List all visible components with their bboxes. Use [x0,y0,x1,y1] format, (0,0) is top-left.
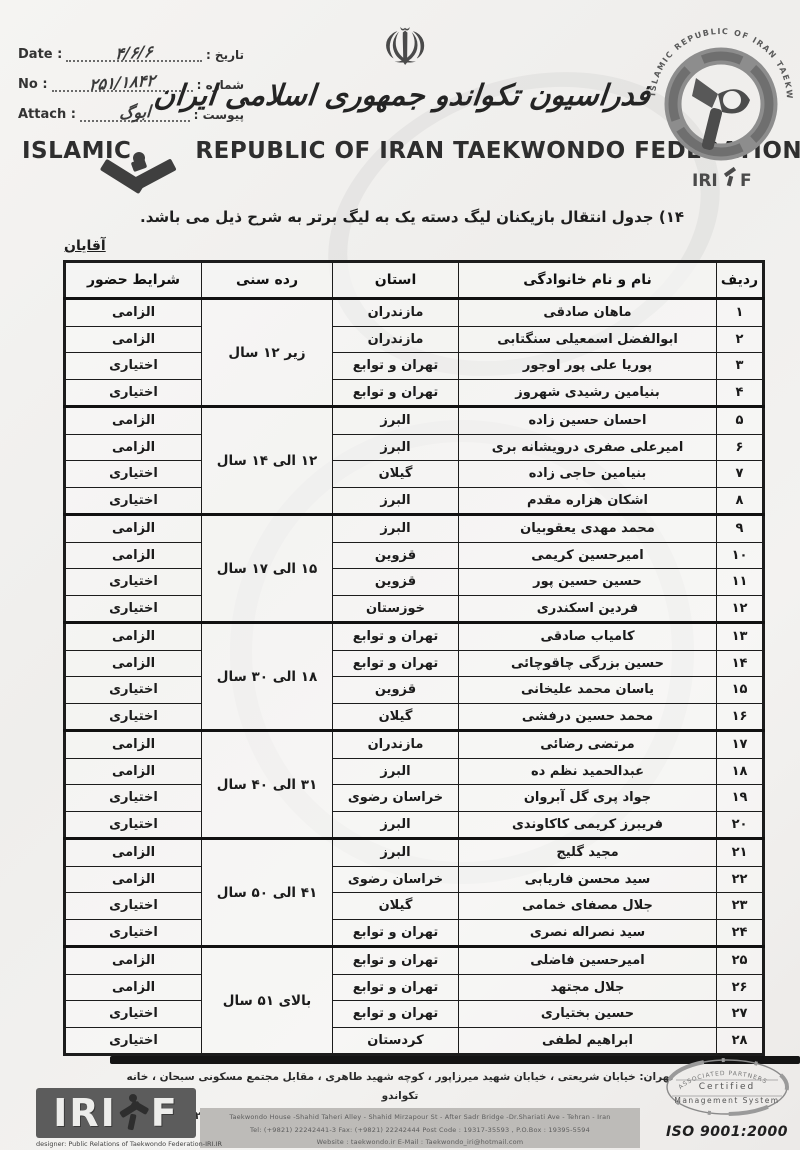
attendance-condition-cell: اختیاری [65,379,202,407]
attendance-condition-cell: اختیاری [65,353,202,380]
province-cell: خوزستان [333,595,459,623]
col-header-attendance: شرایط حضور [65,262,202,299]
attendance-condition-cell: اختیاری [65,487,202,515]
row-number-cell: ۳ [717,353,764,380]
attendance-condition-cell: الزامی [65,866,202,893]
attendance-condition-cell: الزامی [65,974,202,1001]
row-number-cell: ۲ [717,326,764,353]
footer-en-line1: Taekwondo House -Shahid Taheri Alley - S… [200,1111,640,1124]
row-number-cell: ۱۷ [717,731,764,759]
player-row: ۵احسان حسین زادهالبرز۱۲ الی ۱۴ سالالزامی [65,407,764,435]
province-cell: البرز [333,407,459,435]
player-name-cell: حسین بختیاری [459,1001,717,1028]
attendance-condition-cell: اختیاری [65,569,202,596]
row-number-cell: ۱۶ [717,703,764,731]
player-name-cell: امیرحسین کریمی [459,542,717,569]
player-row: ۱۹جواد پری گل آبروانخراسان رضویاختیاری [65,785,764,812]
province-cell: گیلان [333,893,459,920]
player-row: ۱۱حسین حسین پورقزویناختیاری [65,569,764,596]
province-cell: تهران و توابع [333,1001,459,1028]
player-row: ۲ابوالفضل اسمعیلی سنگتابیمازندرانالزامی [65,326,764,353]
table-header-row: ردیف نام و نام خانوادگی استان رده سنی شر… [65,262,764,299]
row-number-cell: ۱۳ [717,623,764,651]
player-name-cell: جلال مجتهد [459,974,717,1001]
attendance-condition-cell: الزامی [65,515,202,543]
row-number-cell: ۵ [717,407,764,435]
row-number-cell: ۹ [717,515,764,543]
row-number-cell: ۲۱ [717,839,764,867]
attendance-condition-cell: الزامی [65,434,202,461]
date-label-fa: : تاریخ [206,48,244,62]
letterhead: Date : ۴/۶/۶ : تاریخ No : ۲۵۱/۱۸۴۲ : شما… [0,0,800,205]
row-number-cell: ۱۸ [717,758,764,785]
province-cell: تهران و توابع [333,947,459,975]
player-name-cell: حسین حسین پور [459,569,717,596]
iritf-logo-f: F [151,1094,179,1132]
province-cell: تهران و توابع [333,919,459,947]
province-cell: گیلان [333,703,459,731]
province-cell: قزوین [333,569,459,596]
row-number-cell: ۷ [717,461,764,488]
footer-en-line3: Website : taekwondo.ir E-Mail : Taekwond… [200,1136,640,1149]
section-intro-line: ۱۴) جدول انتقال بازیکنان لیگ دسته یک به … [0,208,742,226]
attendance-condition-cell: اختیاری [65,595,202,623]
row-number-cell: ۲۲ [717,866,764,893]
date-handwritten-value: ۴/۶/۶ [115,42,154,64]
player-row: ۱۳کامیاب صادقیتهران و توابع۱۸ الی ۳۰ سال… [65,623,764,651]
federation-round-logo: ISLAMIC REPUBLIC OF IRAN TAEKWONDO FEDER… [648,8,794,194]
player-row: ۹محمد مهدی یعقوبیانالبرز۱۵ الی ۱۷ سالالز… [65,515,764,543]
transfer-table: ردیف نام و نام خانوادگی استان رده سنی شر… [63,260,765,1056]
player-row: ۷بنیامین حاجی زادهگیلاناختیاری [65,461,764,488]
player-row: ۱۷مرتضی رضائیمازندران۳۱ الی ۴۰ سالالزامی [65,731,764,759]
player-row: ۱ماهان صادقیمازندرانزیر ۱۲ سالالزامی [65,299,764,327]
attendance-condition-cell: اختیاری [65,703,202,731]
age-group-cell: ۱۲ الی ۱۴ سال [202,407,333,515]
date-line: ۴/۶/۶ [66,44,202,62]
footer: تهران: خیابان شریعتی ، خیابان شهید میرزا… [0,1056,800,1150]
age-group-cell: ۴۱ الی ۵۰ سال [202,839,333,947]
province-cell: کردستان [333,1027,459,1055]
attendance-condition-cell: الزامی [65,299,202,327]
province-cell: تهران و توابع [333,650,459,677]
age-group-cell: بالای ۵۱ سال [202,947,333,1055]
number-label-en: No : [18,77,48,92]
attendance-condition-cell: اختیاری [65,893,202,920]
player-name-cell: محمد مهدی یعقوبیان [459,515,717,543]
province-cell: مازندران [333,731,459,759]
row-number-cell: ۱۲ [717,595,764,623]
row-number-cell: ۲۷ [717,1001,764,1028]
row-number-cell: ۸ [717,487,764,515]
attendance-condition-cell: الزامی [65,623,202,651]
attendance-condition-cell: الزامی [65,839,202,867]
player-row: ۲۱مجید گلیجالبرز۴۱ الی ۵۰ سالالزامی [65,839,764,867]
attendance-condition-cell: الزامی [65,407,202,435]
province-cell: تهران و توابع [333,379,459,407]
row-number-cell: ۲۶ [717,974,764,1001]
attach-label-en: Attach : [18,107,76,122]
attach-handwritten-value: ابوگ [118,102,151,123]
player-name-cell: احسان حسین زاده [459,407,717,435]
player-row: ۶امیرعلی صفری درویشانه بریالبرزالزامی [65,434,764,461]
player-name-cell: بنیامین رشیدی شهروز [459,379,717,407]
player-name-cell: ماهان صادقی [459,299,717,327]
province-cell: خراسان رضوی [333,785,459,812]
player-row: ۲۳جلال مصفای خمامیگیلاناختیاری [65,893,764,920]
iritf-logo-caption: designer: Public Relations of Taekwondo … [36,1140,222,1148]
footer-en-line2: Tel: (+9821) 22242441-3 Fax: (+9821) 222… [200,1124,640,1137]
player-name-cell: امیرحسین فاضلی [459,947,717,975]
attendance-condition-cell: اختیاری [65,785,202,812]
player-name-cell: اشکان هزاره مقدم [459,487,717,515]
age-group-cell: ۳۱ الی ۴۰ سال [202,731,333,839]
attendance-condition-cell: اختیاری [65,919,202,947]
row-number-cell: ۱۵ [717,677,764,704]
province-cell: مازندران [333,299,459,327]
province-cell: گیلان [333,461,459,488]
province-cell: تهران و توابع [333,974,459,1001]
row-number-cell: ۱ [717,299,764,327]
player-name-cell: سید نصراله نصری [459,919,717,947]
player-row: ۱۴حسین بزرگی چاقوچائیتهران و توابعالزامی [65,650,764,677]
province-cell: مازندران [333,326,459,353]
col-header-province: استان [333,262,459,299]
taekwondo-kick-icon [92,146,184,208]
scanned-letter-page: Date : ۴/۶/۶ : تاریخ No : ۲۵۱/۱۸۴۲ : شما… [0,0,800,1150]
federation-name-calligraphy: فدراسیون تکواندو جمهوری اسلامی ایران [208,78,652,112]
attendance-condition-cell: الزامی [65,947,202,975]
player-name-cell: پوریا علی پور اوجور [459,353,717,380]
iran-state-emblem-icon: ☫ [370,22,440,74]
player-row: ۲۰فریبرز کریمی کاکاوندیالبرزاختیاری [65,811,764,839]
player-row: ۲۷حسین بختیاریتهران و توابعاختیاری [65,1001,764,1028]
player-row: ۱۶محمد حسین درفشیگیلاناختیاری [65,703,764,731]
player-name-cell: ابوالفضل اسمعیلی سنگتابی [459,326,717,353]
seal-certified-text: Certified [699,1082,755,1092]
province-cell: البرز [333,839,459,867]
col-header-age-group: رده سنی [202,262,333,299]
col-header-full-name: نام و نام خانوادگی [459,262,717,299]
player-row: ۲۵امیرحسین فاضلیتهران و توابعبالای ۵۱ سا… [65,947,764,975]
attendance-condition-cell: اختیاری [65,677,202,704]
col-header-row-number: ردیف [717,262,764,299]
logo-iri-text: IRI [692,171,718,191]
attendance-condition-cell: الزامی [65,542,202,569]
province-cell: البرز [333,434,459,461]
attendance-condition-cell: اختیاری [65,1001,202,1028]
row-number-cell: ۲۵ [717,947,764,975]
player-name-cell: یاسان محمد علیخانی [459,677,717,704]
gentlemen-subtitle: آقایان [64,238,106,254]
footer-address-en: Taekwondo House -Shahid Taheri Alley - S… [200,1108,640,1148]
player-name-cell: جلال مصفای خمامی [459,893,717,920]
age-group-cell: ۱۵ الی ۱۷ سال [202,515,333,623]
province-cell: البرز [333,758,459,785]
attendance-condition-cell: الزامی [65,758,202,785]
player-name-cell: فریبرز کریمی کاکاوندی [459,811,717,839]
player-name-cell: عبدالحمید نظم ده [459,758,717,785]
player-name-cell: فردین اسکندری [459,595,717,623]
province-cell: تهران و توابع [333,353,459,380]
iso-9001-text: ISO 9001:2000 [662,1124,792,1140]
row-number-cell: ۲۴ [717,919,764,947]
logo-f-text: F [740,171,752,191]
number-handwritten-value: ۲۵۱/۱۸۴۲ [89,71,156,95]
province-cell: تهران و توابع [333,623,459,651]
player-name-cell: مجید گلیج [459,839,717,867]
transfer-table-wrap: ردیف نام و نام خانوادگی استان رده سنی شر… [63,260,762,1056]
player-row: ۸اشکان هزاره مقدمالبرزاختیاری [65,487,764,515]
table-body: ۱ماهان صادقیمازندرانزیر ۱۲ سالالزامی۲ابو… [65,299,764,1055]
province-cell: البرز [333,811,459,839]
row-number-cell: ۴ [717,379,764,407]
player-name-cell: ابراهیم لطفی [459,1027,717,1055]
player-row: ۲۶جلال مجتهدتهران و توابعالزامی [65,974,764,1001]
player-row: ۱۵یاسان محمد علیخانیقزویناختیاری [65,677,764,704]
row-number-cell: ۲۸ [717,1027,764,1055]
iritf-logo-iri: IRI [53,1094,117,1132]
attendance-condition-cell: الزامی [65,650,202,677]
seal-management-text: Management System [674,1096,779,1105]
row-number-cell: ۱۹ [717,785,764,812]
player-name-cell: سید محسن فاریابی [459,866,717,893]
player-row: ۳پوریا علی پور اوجورتهران و توابعاختیاری [65,353,764,380]
province-cell: قزوین [333,677,459,704]
age-group-cell: زیر ۱۲ سال [202,299,333,407]
province-cell: البرز [333,515,459,543]
iritf-footer-logo: IRI F designer: Public Relations of Taek… [36,1088,222,1148]
age-group-cell: ۱۸ الی ۳۰ سال [202,623,333,731]
row-number-cell: ۱۰ [717,542,764,569]
player-name-cell: امیرعلی صفری درویشانه بری [459,434,717,461]
attendance-condition-cell: اختیاری [65,461,202,488]
player-name-cell: بنیامین حاجی زاده [459,461,717,488]
attendance-condition-cell: اختیاری [65,1027,202,1055]
row-number-cell: ۲۰ [717,811,764,839]
player-row: ۲۴سید نصراله نصریتهران و توابعاختیاری [65,919,764,947]
row-number-cell: ۲۳ [717,893,764,920]
row-number-cell: ۱۱ [717,569,764,596]
player-row: ۱۰امیرحسین کریمیقزوینالزامی [65,542,764,569]
iritf-logo-box: IRI F [36,1088,196,1138]
certification-seal: ASSOCIATED PARTNERS Certified Management… [662,1056,792,1118]
date-field: Date : ۴/۶/۶ : تاریخ [18,32,244,62]
province-cell: البرز [333,487,459,515]
iritf-kick-icon [117,1092,151,1134]
player-name-cell: مرتضی رضائی [459,731,717,759]
player-name-cell: حسین بزرگی چاقوچائی [459,650,717,677]
attendance-condition-cell: اختیاری [65,811,202,839]
row-number-cell: ۱۴ [717,650,764,677]
player-row: ۱۸عبدالحمید نظم دهالبرزالزامی [65,758,764,785]
player-row: ۱۲فردین اسکندریخوزستاناختیاری [65,595,764,623]
province-cell: قزوین [333,542,459,569]
player-name-cell: محمد حسین درفشی [459,703,717,731]
attendance-condition-cell: الزامی [65,326,202,353]
date-label-en: Date : [18,47,62,62]
player-name-cell: جواد پری گل آبروان [459,785,717,812]
player-row: ۲۸ابراهیم لطفیکردستاناختیاری [65,1027,764,1055]
iso-certification-stamp: ASSOCIATED PARTNERS Certified Management… [662,1056,792,1140]
attendance-condition-cell: الزامی [65,731,202,759]
player-row: ۴بنیامین رشیدی شهروزتهران و توابعاختیاری [65,379,764,407]
player-name-cell: کامیاب صادقی [459,623,717,651]
row-number-cell: ۶ [717,434,764,461]
player-row: ۲۲سید محسن فاریابیخراسان رضویالزامی [65,866,764,893]
province-cell: خراسان رضوی [333,866,459,893]
